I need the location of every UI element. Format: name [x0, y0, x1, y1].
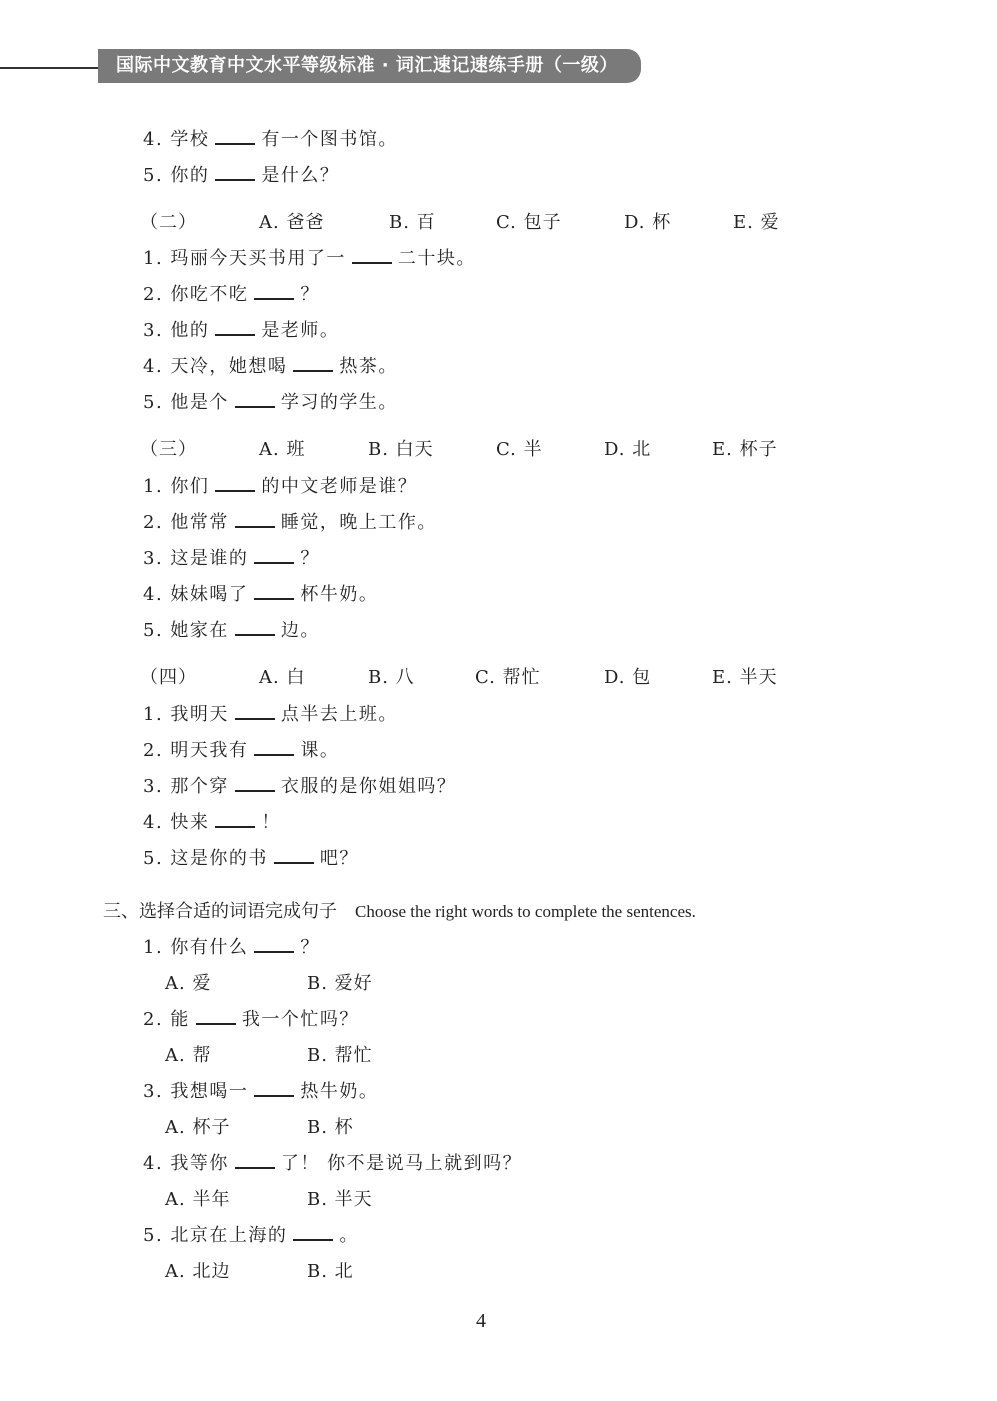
group-label: （二）	[140, 211, 197, 235]
question-text-after: 吧？	[320, 848, 359, 869]
question-item: 1. 玛丽今天买书用了一二十块。	[143, 247, 476, 271]
word-option: D. 北	[604, 438, 651, 462]
question-text-before: 你的	[170, 165, 209, 186]
answer-blank[interactable]	[235, 512, 275, 528]
answer-blank[interactable]	[254, 1081, 294, 1097]
question-text-after: 二十块。	[398, 248, 476, 269]
question-number: 2.	[143, 740, 163, 761]
answer-blank[interactable]	[254, 284, 294, 300]
answer-blank[interactable]	[215, 129, 255, 145]
question-item: 5. 你的是什么？	[143, 164, 339, 188]
answer-blank[interactable]	[215, 476, 255, 492]
word-option: D. 杯	[624, 211, 671, 235]
question-text-after: 热茶。	[339, 356, 398, 377]
question-text-after: 热牛奶。	[300, 1081, 378, 1102]
page-number: 4	[476, 1310, 486, 1333]
question-item: 4. 我等你了！ 你不是说马上就到吗？	[143, 1152, 522, 1176]
question-text-before: 他常常	[170, 512, 229, 533]
question-text-before: 他是个	[170, 392, 229, 413]
answer-blank[interactable]	[215, 165, 255, 181]
question-item: 1. 我明天点半去上班。	[143, 703, 398, 727]
question-text-before: 我想喝一	[170, 1081, 248, 1102]
question-item: 2. 你吃不吃？	[143, 283, 320, 307]
answer-blank[interactable]	[293, 1225, 333, 1241]
question-number: 5.	[143, 392, 163, 413]
answer-blank[interactable]	[352, 248, 392, 264]
answer-blank[interactable]	[254, 937, 294, 953]
choice-a[interactable]: A. 帮	[165, 1044, 211, 1068]
question-text-after: 了！ 你不是说马上就到吗？	[281, 1153, 522, 1174]
word-option: B. 八	[368, 666, 415, 690]
question-text-before: 你吃不吃	[170, 284, 248, 305]
question-number: 4.	[143, 584, 163, 605]
question-item: 1. 你们的中文老师是谁？	[143, 475, 417, 499]
question-item: 5. 她家在边。	[143, 619, 320, 643]
question-text-after: 边。	[281, 620, 320, 641]
question-number: 3.	[143, 320, 163, 341]
word-option: C. 半	[496, 438, 543, 462]
word-option: D. 包	[604, 666, 651, 690]
group-label: （三）	[140, 438, 197, 462]
answer-blank[interactable]	[235, 392, 275, 408]
question-number: 2.	[143, 284, 163, 305]
question-item: 5. 这是你的书吧？	[143, 847, 359, 871]
question-text-after: 的中文老师是谁？	[261, 476, 417, 497]
question-text-after: 是老师。	[261, 320, 339, 341]
answer-blank[interactable]	[235, 620, 275, 636]
answer-blank[interactable]	[254, 584, 294, 600]
question-number: 2.	[143, 512, 163, 533]
question-number: 5.	[143, 620, 163, 641]
word-option: B. 百	[389, 211, 436, 235]
question-text-before: 能	[170, 1009, 190, 1030]
question-text-before: 玛丽今天买书用了一	[170, 248, 346, 269]
word-option: C. 包子	[496, 211, 562, 235]
header-banner-title: 国际中文教育中文水平等级标准 · 词汇速记速练手册（一级）	[98, 49, 641, 83]
answer-blank[interactable]	[254, 740, 294, 756]
choice-b[interactable]: B. 半天	[307, 1188, 373, 1212]
choice-a[interactable]: A. 半年	[165, 1188, 230, 1212]
answer-blank[interactable]	[235, 704, 275, 720]
question-text-after: 杯牛奶。	[300, 584, 378, 605]
question-item: 3. 这是谁的？	[143, 547, 320, 571]
question-number: 5.	[143, 848, 163, 869]
question-item: 3. 我想喝一热牛奶。	[143, 1080, 378, 1104]
answer-blank[interactable]	[215, 320, 255, 336]
question-number: 4.	[143, 1153, 163, 1174]
question-text-after: 课。	[300, 740, 339, 761]
answer-blank[interactable]	[293, 356, 333, 372]
answer-blank[interactable]	[196, 1009, 236, 1025]
section-heading: 三、选择合适的词语完成句子Choose the right words to c…	[103, 900, 696, 924]
choice-a[interactable]: A. 北边	[165, 1260, 230, 1284]
question-item: 5. 他是个学习的学生。	[143, 391, 398, 415]
question-text-after: 睡觉，晚上工作。	[281, 512, 437, 533]
question-number: 5.	[143, 1225, 163, 1246]
choice-b[interactable]: B. 杯	[307, 1116, 354, 1140]
question-text-before: 这是谁的	[170, 548, 248, 569]
question-text-after: 。	[339, 1225, 359, 1246]
question-text-after: 衣服的是你姐姐吗？	[281, 776, 457, 797]
question-number: 1.	[143, 248, 163, 269]
question-number: 1.	[143, 704, 163, 725]
question-text-before: 这是你的书	[170, 848, 268, 869]
question-number: 2.	[143, 1009, 163, 1030]
question-text-after: ？	[300, 284, 320, 305]
question-number: 4.	[143, 129, 163, 150]
choice-b[interactable]: B. 帮忙	[307, 1044, 373, 1068]
word-option: B. 白天	[368, 438, 434, 462]
question-number: 3.	[143, 548, 163, 569]
answer-blank[interactable]	[235, 776, 275, 792]
question-number: 4.	[143, 812, 163, 833]
choice-b[interactable]: B. 北	[307, 1260, 354, 1284]
question-text-after: 是什么？	[261, 165, 339, 186]
question-text-before: 你们	[170, 476, 209, 497]
question-text-before: 我等你	[170, 1153, 229, 1174]
question-item: 4. 学校有一个图书馆。	[143, 128, 398, 152]
question-text-before: 明天我有	[170, 740, 248, 761]
question-number: 5.	[143, 165, 163, 186]
question-text-after: ？	[300, 548, 320, 569]
question-text-after: 我一个忙吗？	[242, 1009, 359, 1030]
question-text-before: 快来	[170, 812, 209, 833]
question-text-before: 你有什么	[170, 937, 248, 958]
answer-blank[interactable]	[274, 848, 314, 864]
question-text-before: 她家在	[170, 620, 229, 641]
question-item: 2. 能我一个忙吗？	[143, 1008, 359, 1032]
word-option: E. 半天	[712, 666, 778, 690]
word-option: A. 爸爸	[259, 211, 324, 235]
question-item: 4. 快来！	[143, 811, 281, 835]
word-option: A. 白	[259, 666, 305, 690]
question-item: 4. 天冷，她想喝热茶。	[143, 355, 398, 379]
question-item: 2. 明天我有课。	[143, 739, 339, 763]
section-title-cn: 三、选择合适的词语完成句子	[103, 901, 337, 922]
question-text-before: 天冷，她想喝	[170, 356, 287, 377]
answer-blank[interactable]	[235, 1153, 275, 1169]
question-number: 4.	[143, 356, 163, 377]
question-item: 3. 那个穿衣服的是你姐姐吗？	[143, 775, 456, 799]
question-text-after: 点半去上班。	[281, 704, 398, 725]
question-text-after: 有一个图书馆。	[261, 129, 398, 150]
question-text-before: 学校	[170, 129, 209, 150]
question-number: 1.	[143, 937, 163, 958]
word-option: A. 班	[259, 438, 305, 462]
question-item: 4. 妹妹喝了杯牛奶。	[143, 583, 378, 607]
header-rule	[0, 67, 110, 69]
word-option: C. 帮忙	[475, 666, 541, 690]
question-text-before: 我明天	[170, 704, 229, 725]
question-item: 5. 北京在上海的。	[143, 1224, 359, 1248]
choice-a[interactable]: A. 爱	[165, 972, 211, 996]
question-item: 1. 你有什么？	[143, 936, 320, 960]
word-option: E. 爱	[733, 211, 780, 235]
question-number: 3.	[143, 1081, 163, 1102]
answer-blank[interactable]	[215, 812, 255, 828]
section-title-en: Choose the right words to complete the s…	[355, 902, 696, 921]
question-item: 2. 他常常睡觉，晚上工作。	[143, 511, 437, 535]
question-text-before: 妹妹喝了	[170, 584, 248, 605]
question-number: 1.	[143, 476, 163, 497]
choice-a[interactable]: A. 杯子	[165, 1116, 230, 1140]
question-text-before: 他的	[170, 320, 209, 341]
answer-blank[interactable]	[254, 548, 294, 564]
question-text-after: 学习的学生。	[281, 392, 398, 413]
group-label: （四）	[140, 666, 197, 690]
word-option: E. 杯子	[712, 438, 778, 462]
question-text-before: 那个穿	[170, 776, 229, 797]
question-text-after: ！	[261, 812, 281, 833]
choice-b[interactable]: B. 爱好	[307, 972, 373, 996]
question-text-before: 北京在上海的	[170, 1225, 287, 1246]
question-number: 3.	[143, 776, 163, 797]
question-item: 3. 他的是老师。	[143, 319, 339, 343]
question-text-after: ？	[300, 937, 320, 958]
